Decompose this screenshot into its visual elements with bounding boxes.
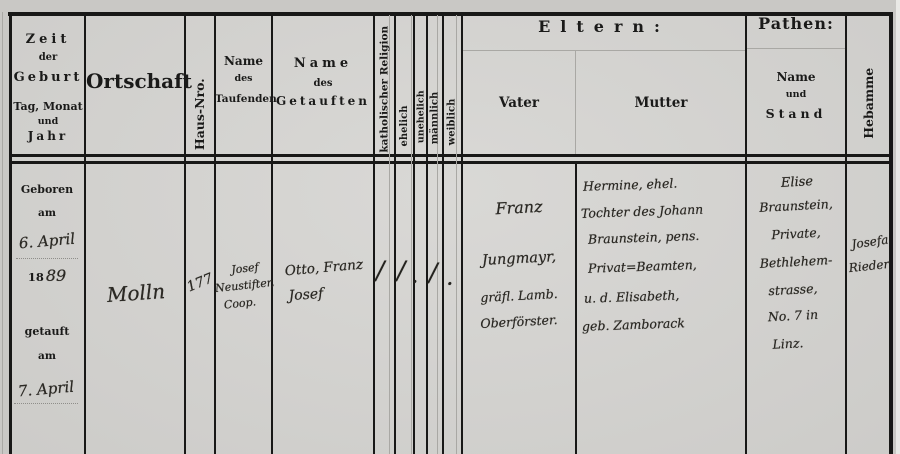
header-ehelich: ehelich: [400, 95, 410, 157]
col-line-maennlich: [442, 15, 444, 454]
col-line-ehelich: [413, 15, 415, 454]
header-haus-nro: Haus-Nro.: [194, 74, 207, 154]
header-ortschaft: Ortschaft: [86, 71, 184, 92]
header-getaufter-line3: Getauften: [273, 95, 373, 108]
header-zeit-line2: der: [12, 53, 84, 64]
col-line-religion: [394, 15, 396, 454]
header-pathen-name: Name: [747, 71, 845, 84]
col-line-weiblich: [461, 15, 463, 454]
header-religion: katholischer Religion: [379, 22, 390, 157]
header-zeit-line1: Zeit: [12, 33, 84, 47]
record-year-written: 89: [46, 266, 66, 285]
header-vater: Vater: [463, 96, 575, 110]
header-pathen-stand: Stand: [747, 107, 845, 120]
header-unehelich: unehelich: [416, 77, 426, 157]
header-taufender-line1: Name: [215, 55, 272, 68]
header-eltern: Eltern:: [463, 19, 745, 36]
header-weiblich: weiblich: [448, 90, 458, 155]
header-pathen-und: und: [747, 90, 845, 100]
mark-weiblich: ·: [447, 276, 453, 292]
header-zeit-line3: Geburt: [12, 71, 84, 85]
record-am-label-2: am: [11, 351, 83, 362]
record-year: 1889: [11, 266, 83, 285]
mark-religion: /: [376, 258, 384, 283]
col-line-getaufter: [373, 15, 375, 454]
dotted-guide-2: [14, 403, 78, 404]
mark-maennlich: /: [429, 260, 437, 285]
vater-mutter-header-divider: [575, 51, 576, 154]
header-mutter: Mutter: [577, 96, 745, 110]
header-pathen: Pathen:: [747, 16, 845, 33]
ghost-line-2: [411, 15, 412, 454]
record-am-label-1: am: [11, 208, 83, 219]
ghost-line-4: [456, 15, 457, 454]
header-getaufter-line1: Name: [273, 57, 373, 71]
table-left-outer-line: [2, 12, 3, 454]
header-zeit-line4: Tag, Monat: [12, 101, 84, 113]
header-getaufter-line2: des: [273, 79, 373, 90]
dotted-guide-1: [16, 258, 78, 259]
header-hebamme: Hebamme: [863, 58, 876, 148]
header-zeit-line5: und: [12, 117, 84, 127]
eltern-underline: [463, 50, 745, 51]
record-geboren-label: Geboren: [11, 184, 83, 196]
header-taufender-line2: des: [215, 74, 272, 84]
header-maennlich: männlich: [431, 83, 441, 154]
header-separator-lower: [9, 161, 893, 164]
vater-mutter-body-divider: [575, 164, 577, 454]
header-taufender-line3: Taufenden: [215, 94, 272, 105]
col-line-pathen-hebamme: [845, 15, 847, 454]
mark-ehelich: /: [397, 258, 405, 283]
record-year-printed: 18: [28, 270, 44, 284]
mark-unehelich: ·: [412, 274, 418, 290]
header-zeit-line6: Jahr: [12, 130, 84, 143]
baptism-register-scan: Zeit der Geburt Tag, Monat und Jahr Orts…: [0, 0, 900, 454]
scan-edge: [896, 0, 900, 454]
record-getauft-label: getauft: [11, 326, 83, 338]
ghost-line-3: [437, 15, 438, 454]
col-line-unehelich: [426, 15, 428, 454]
pathen-underline: [747, 48, 845, 49]
